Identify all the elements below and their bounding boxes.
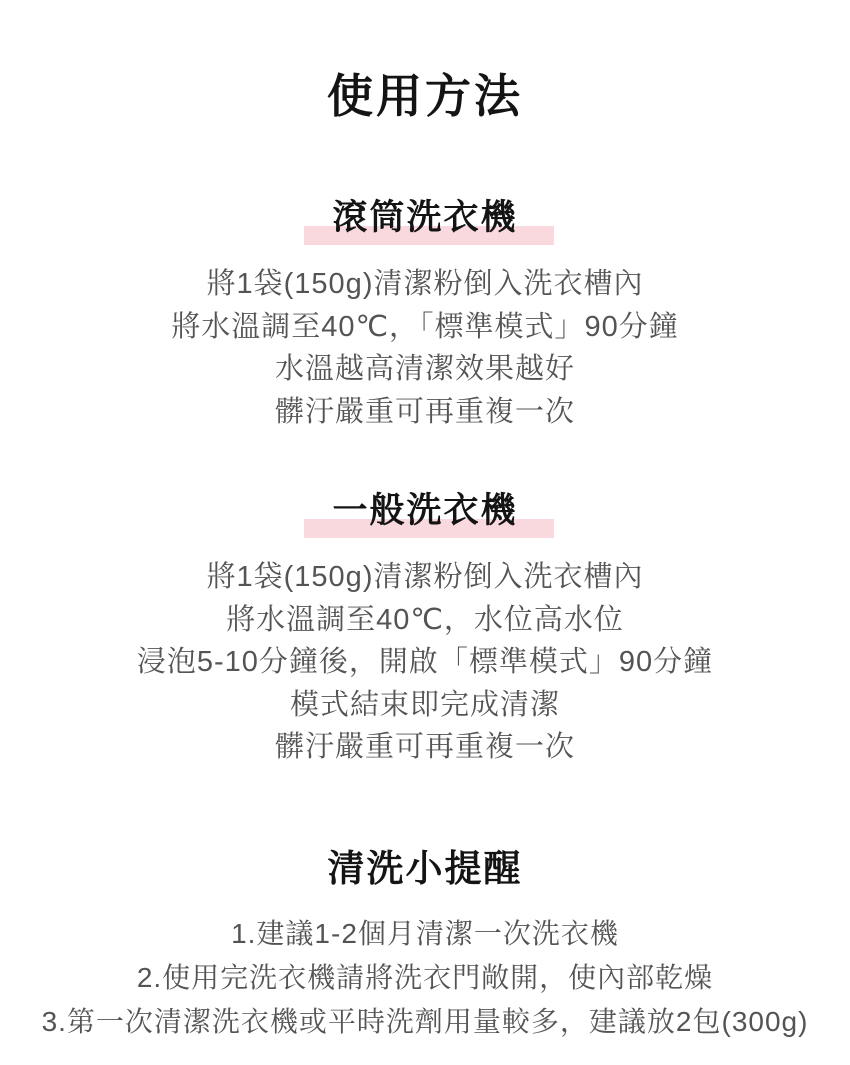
section-regular-washer: 一般洗衣機 將1袋(150g)清潔粉倒入洗衣槽內 將水溫調至40℃，水位高水位 …: [0, 489, 850, 769]
section-heading-tips: 清洗小提醒: [328, 848, 523, 889]
heading-wrap: 滾筒洗衣機: [332, 196, 517, 247]
instruction-line: 模式結束即完成清潔: [0, 684, 850, 727]
section-heading-regular: 一般洗衣機: [332, 491, 517, 530]
instruction-line: 將1袋(150g)清潔粉倒入洗衣槽內: [0, 556, 850, 599]
section-heading-drum: 滾筒洗衣機: [332, 198, 517, 237]
tip-item: 1.建議1-2個月清潔一次洗衣機: [0, 912, 850, 956]
instruction-line: 水溫越高清潔效果越好: [0, 348, 850, 391]
instruction-line: 髒汙嚴重可再重複一次: [0, 391, 850, 434]
heading-wrap: 一般洗衣機: [332, 489, 517, 540]
instruction-line: 髒汙嚴重可再重複一次: [0, 726, 850, 769]
instruction-lines: 將1袋(150g)清潔粉倒入洗衣槽內 將水溫調至40℃，水位高水位 浸泡5-10…: [0, 556, 850, 769]
usage-instructions-page: 使用方法 滾筒洗衣機 將1袋(150g)清潔粉倒入洗衣槽內 將水溫調至40℃，「…: [0, 0, 850, 1065]
instruction-line: 浸泡5-10分鐘後，開啟「標準模式」90分鐘: [0, 641, 850, 684]
instruction-line: 將水溫調至40℃，「標準模式」90分鐘: [0, 306, 850, 349]
instruction-lines: 將1袋(150g)清潔粉倒入洗衣槽內 將水溫調至40℃，「標準模式」90分鐘 水…: [0, 263, 850, 433]
tips-list: 1.建議1-2個月清潔一次洗衣機 2.使用完洗衣機請將洗衣門敞開，使內部乾燥 3…: [0, 912, 850, 1044]
section-heading-row: 清洗小提醒: [0, 847, 850, 891]
tip-item: 3.第一次清潔洗衣機或平時洗劑用量較多，建議放2包(300g): [0, 1000, 850, 1044]
section-cleaning-tips: 清洗小提醒 1.建議1-2個月清潔一次洗衣機 2.使用完洗衣機請將洗衣門敞開，使…: [0, 847, 850, 1044]
section-heading-row: 滾筒洗衣機: [0, 196, 850, 240]
heading-wrap: 清洗小提醒: [328, 847, 523, 899]
instruction-line: 將水溫調至40℃，水位高水位: [0, 599, 850, 642]
tip-item: 2.使用完洗衣機請將洗衣門敞開，使內部乾燥: [0, 956, 850, 1000]
section-drum-washer: 滾筒洗衣機 將1袋(150g)清潔粉倒入洗衣槽內 將水溫調至40℃，「標準模式」…: [0, 196, 850, 433]
section-heading-row: 一般洗衣機: [0, 489, 850, 533]
page-title: 使用方法: [0, 70, 850, 122]
instruction-line: 將1袋(150g)清潔粉倒入洗衣槽內: [0, 263, 850, 306]
